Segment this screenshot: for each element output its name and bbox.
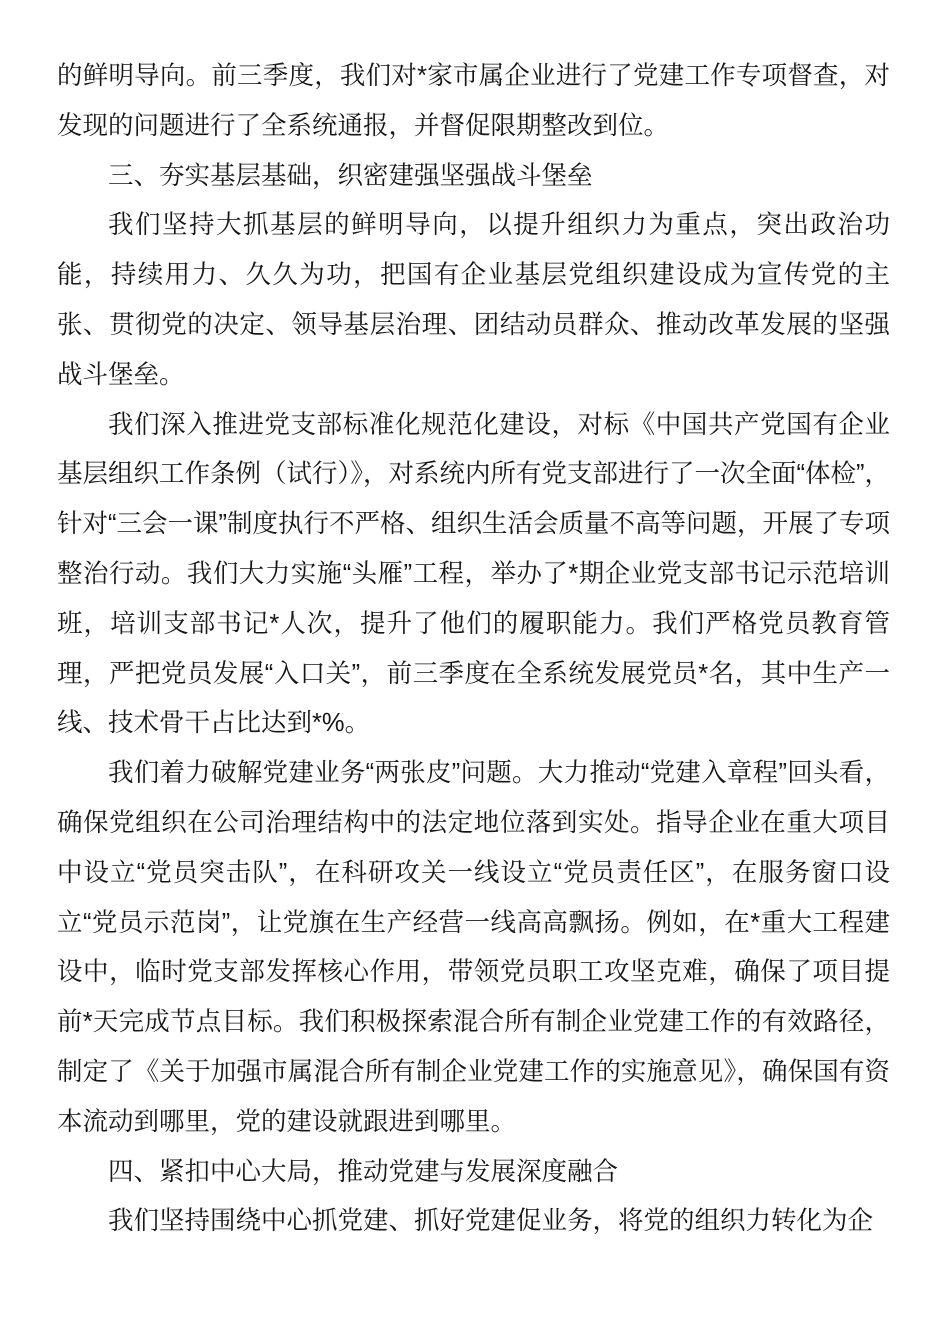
section-heading-three: 三、夯实基层基础，织密建强坚强战斗堡垒 — [57, 152, 890, 202]
paragraph-continuation: 的鲜明导向。前三季度，我们对*家市属企业进行了党建工作专项督查，对发现的问题进行… — [57, 52, 890, 152]
document-page: 的鲜明导向。前三季度，我们对*家市属企业进行了党建工作专项督查，对发现的问题进行… — [0, 0, 950, 1344]
document-text-block: 的鲜明导向。前三季度，我们对*家市属企业进行了党建工作专项督查，对发现的问题进行… — [57, 52, 890, 1247]
paragraph-body: 我们着力破解党建业务“两张皮”问题。大力推动“党建入章程”回头看，确保党组织在公… — [57, 749, 890, 1147]
paragraph-body: 我们坚持围绕中心抓党建、抓好党建促业务，将党的组织力转化为企 — [57, 1197, 890, 1247]
paragraph-body: 我们深入推进党支部标准化规范化建设，对标《中国共产党国有企业基层组织工作条例（试… — [57, 401, 890, 750]
section-heading-four: 四、紧扣中心大局，推动党建与发展深度融合 — [57, 1148, 890, 1198]
paragraph-body: 我们坚持大抓基层的鲜明导向，以提升组织力为重点，突出政治功能，持续用力、久久为功… — [57, 201, 890, 400]
